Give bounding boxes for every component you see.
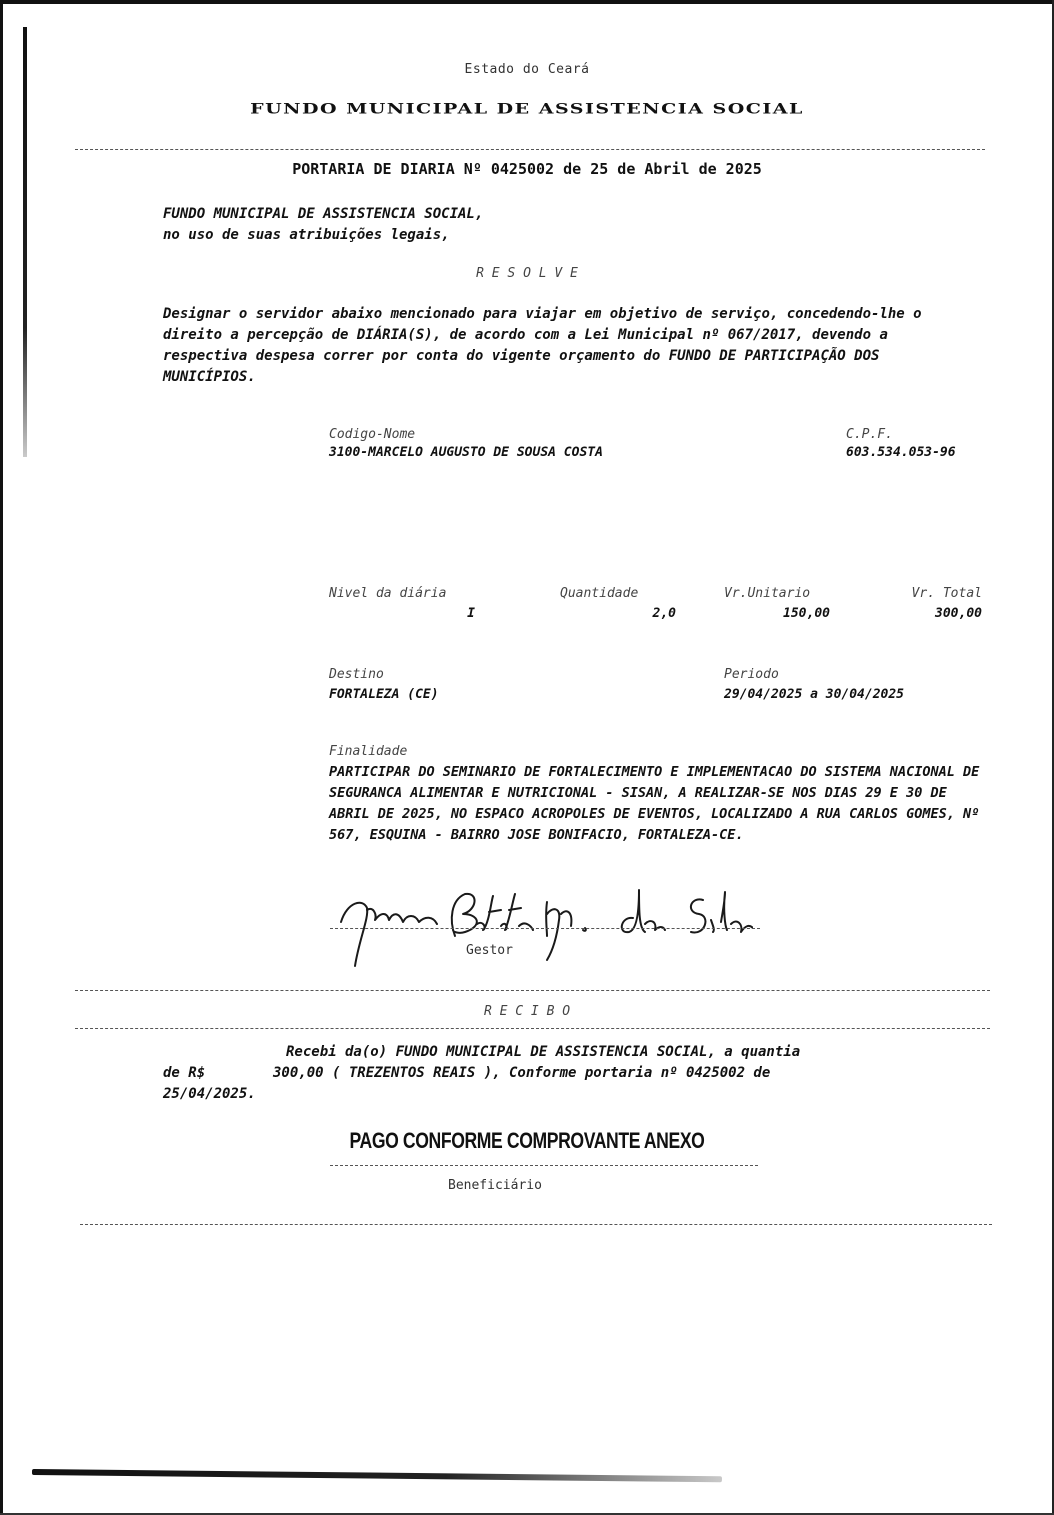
portaria-title: PORTARIA DE DIARIA Nº 0425002 de 25 de A… xyxy=(0,160,1054,178)
scan-border-top xyxy=(0,0,1054,4)
nivel-value: I xyxy=(329,606,475,621)
total-value: 300,00 xyxy=(880,606,982,621)
paid-stamp: PAGO CONFORME COMPROVANTE ANEXO xyxy=(105,1128,948,1154)
fund-title: FUNDO MUNICIPAL DE ASSISTENCIA SOCIAL xyxy=(0,101,1054,118)
nivel-label: Nivel da diária xyxy=(329,586,446,601)
unitario-value: 150,00 xyxy=(724,606,830,621)
gestor-role: Gestor xyxy=(466,943,513,958)
periodo-label: Periodo xyxy=(724,667,779,682)
finalidade-text: PARTICIPAR DO SEMINARIO DE FORTALECIMENT… xyxy=(329,762,989,846)
state-name: Estado do Ceará xyxy=(0,62,1054,77)
unitario-label: Vr.Unitario xyxy=(724,586,810,601)
gestor-signature-icon xyxy=(333,880,753,970)
code-name-label: Codigo-Nome xyxy=(329,427,415,442)
recibo-line2: 300,00 ( TREZENTOS REAIS ), Conforme por… xyxy=(273,1065,770,1081)
periodo-value: 29/04/2025 a 30/04/2025 xyxy=(724,687,904,702)
body-paragraph: Designar o servidor abaixo mencionado pa… xyxy=(163,304,923,388)
recibo-line3: 25/04/2025. xyxy=(163,1086,256,1102)
finalidade-label: Finalidade xyxy=(329,744,407,759)
cpf-label: C.P.F. xyxy=(846,427,893,442)
recibo-divider-top xyxy=(75,990,990,991)
scan-border-left xyxy=(0,0,3,1515)
destino-value: FORTALEZA (CE) xyxy=(329,687,439,702)
preamble-attributions: no uso de suas atribuições legais, xyxy=(163,227,450,243)
beneficiario-signature-line xyxy=(330,1165,758,1166)
quantidade-value: 2,0 xyxy=(560,606,676,621)
total-label: Vr. Total xyxy=(880,586,982,601)
destino-label: Destino xyxy=(329,667,384,682)
beneficiario-label: Beneficiário xyxy=(448,1178,542,1193)
scan-artifact-horizontal-line xyxy=(32,1469,722,1482)
footer-divider xyxy=(80,1224,992,1225)
recibo-title: R E C I B O xyxy=(0,1004,1054,1019)
signature-line xyxy=(330,928,760,929)
recibo-line1: Recebi da(o) FUNDO MUNICIPAL DE ASSISTEN… xyxy=(286,1044,800,1060)
recibo-divider-bottom xyxy=(75,1028,990,1029)
resolve-label: R E S O L V E xyxy=(0,266,1054,281)
header-divider xyxy=(75,149,985,150)
scan-artifact-vertical-line xyxy=(23,27,27,457)
quantidade-label: Quantidade xyxy=(560,586,638,601)
preamble-fund: FUNDO MUNICIPAL DE ASSISTENCIA SOCIAL, xyxy=(163,206,483,222)
code-name-value: 3100-MARCELO AUGUSTO DE SOUSA COSTA xyxy=(329,445,603,460)
recibo-currency: de R$ xyxy=(163,1065,205,1081)
cpf-value: 603.534.053-96 xyxy=(846,445,956,460)
